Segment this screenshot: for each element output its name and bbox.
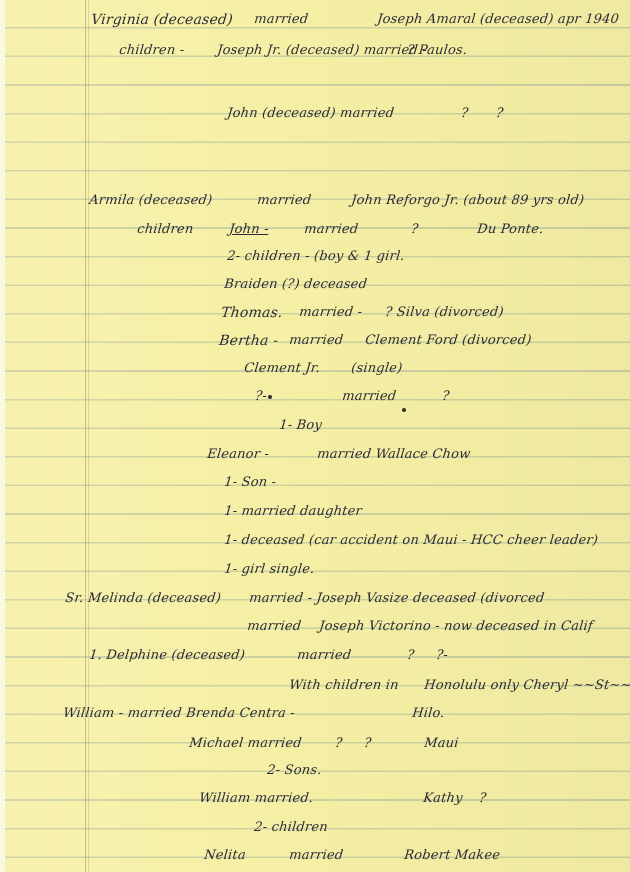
note-fragment: Eleanor - — [206, 447, 269, 462]
margin-line-secondary — [88, 0, 89, 872]
note-fragment: 1- married daughter — [223, 504, 362, 519]
note-fragment: ?- — [254, 389, 267, 404]
note-fragment: ? — [441, 389, 450, 404]
note-fragment: married — [256, 193, 312, 208]
note-fragment: Maui — [423, 736, 459, 751]
note-fragment: John (deceased) married — [226, 106, 394, 121]
note-fragment: Joseph Amaral (deceased) apr 1940 — [376, 12, 619, 27]
note-fragment: Hilo. — [411, 706, 445, 721]
note-fragment: Braiden (?) deceased — [223, 277, 367, 292]
note-fragment: ?- — [435, 648, 448, 663]
note-fragment: Armila (deceased) — [88, 193, 213, 208]
note-fragment: (single) — [350, 361, 403, 376]
note-fragment: Du Ponte. — [476, 222, 544, 237]
note-fragment: Joseph Victorino - now deceased in Calif — [318, 619, 593, 634]
note-fragment: ? Silva (divorced) — [384, 305, 504, 320]
note-fragment: children - — [118, 43, 185, 58]
note-fragment: John Reforgo Jr. (about 89 yrs old) — [350, 193, 584, 208]
note-fragment: William - married Brenda Centra - — [62, 706, 295, 721]
note-fragment: married — [296, 648, 352, 663]
note-fragment: William married. — [198, 791, 314, 806]
note-fragment: With children in — [288, 678, 399, 693]
note-fragment: 1- girl single. — [223, 562, 315, 577]
note-fragment: 1- Son - — [223, 475, 277, 490]
note-fragment: ? — [410, 222, 419, 237]
note-fragment: married Wallace Chow — [316, 447, 471, 462]
note-fragment: 2- Sons. — [266, 763, 322, 778]
note-fragment: Robert Makee — [403, 848, 501, 863]
note-fragment: married — [253, 12, 309, 27]
note-fragment: ? — [334, 736, 343, 751]
note-fragment: ? — [406, 648, 415, 663]
note-fragment: Honolulu only Cheryl ~~St~~ is in — [423, 678, 630, 693]
note-fragment: Bertha - — [218, 333, 279, 349]
margin-line — [85, 0, 86, 872]
note-fragment: Clement Ford (divorced) — [364, 333, 532, 348]
note-fragment: ? Paulos. — [406, 43, 468, 58]
note-fragment: married — [246, 619, 302, 634]
paper-left-edge — [0, 0, 5, 872]
note-fragment: Virginia (deceased) — [90, 12, 233, 28]
note-fragment: married — [288, 333, 344, 348]
note-fragment: Clement Jr. — [243, 361, 320, 376]
note-fragment: John - — [228, 222, 269, 237]
note-fragment: Sr. Melinda (deceased) — [64, 591, 221, 606]
note-fragment: married - — [298, 305, 363, 320]
note-fragment: ? — [495, 106, 504, 121]
note-fragment: Thomas. — [220, 305, 283, 321]
note-fragment: married — [341, 389, 397, 404]
note-fragment: married — [288, 848, 344, 863]
note-fragment: children — [136, 222, 194, 237]
note-fragment: married — [303, 222, 359, 237]
note-fragment: 1. Delphine (deceased) — [88, 648, 245, 663]
note-fragment: Joseph Jr. (deceased) married - — [216, 43, 427, 58]
ink-speck — [402, 408, 406, 412]
note-fragment: Michael married — [188, 736, 302, 751]
note-fragment: 1- deceased (car accident on Maui - HCC … — [223, 533, 598, 548]
note-fragment: 2- children — [253, 820, 328, 835]
note-fragment: Kathy — [422, 791, 463, 806]
note-fragment: 1- Boy — [278, 418, 322, 433]
ink-speck — [268, 395, 272, 399]
note-fragment: ? — [478, 791, 487, 806]
note-fragment: ? — [363, 736, 372, 751]
note-fragment: 2- children - (boy & 1 girl. — [226, 249, 405, 264]
note-fragment: Nelita — [203, 848, 246, 863]
note-fragment: ? — [460, 106, 469, 121]
note-fragment: married - Joseph Vasize deceased (divorc… — [248, 591, 545, 606]
legal-pad-page: Virginia (deceased) married Joseph Amara… — [0, 0, 630, 872]
